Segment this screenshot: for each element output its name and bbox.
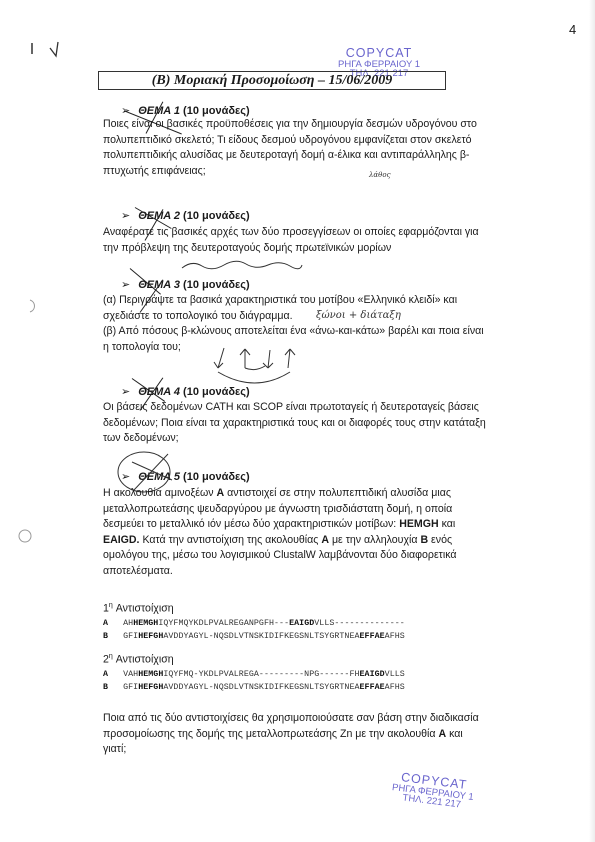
theme-3-heading: ➢ΘΕΜΑ 3 (10 μονάδες) [121,278,250,291]
stamp-name: COPYCAT [338,47,420,60]
theme-2-text: Αναφέρατε τις βασικές αρχές των δύο προσ… [103,225,553,256]
margin-checkmark-icon [28,40,68,62]
alignment-2-label: 2η Αντιστοίχιση [103,653,174,666]
margin-circle-icon [16,527,34,545]
theme-5-text: Η ακολουθία αμινοξέων Α αντιστοιχεί σε σ… [103,486,553,580]
margin-mark-icon [22,298,38,314]
alignment-1-label: 1η Αντιστοίχιση [103,602,174,615]
theme-1-text: Ποιες είναι οι βασικές προϋποθέσεις για … [103,117,553,179]
alignment-2-row-b: B GFIHEFGHAVDDYAGYL-NQSDLVTNSKIDIFKEGSNL… [103,683,405,692]
final-question-text: Ποια από τις δύο αντιστοιχίσεις θα χρησι… [103,711,553,758]
page-number: 4 [569,22,576,37]
handwritten-note: ξώνοι + διάταξη [316,310,401,321]
theme-3-text: (α) Περιγράψτε τα βασικά χαρακτηριστικά … [103,293,553,355]
arrow-bullet-icon: ➢ [121,210,130,222]
theme-4-text: Οι βάσεις δεδομένων CATH και SCOP είναι … [103,400,553,447]
wavy-underline [180,260,305,272]
hand-drawn-topology-arrows-icon [210,346,320,386]
copycat-stamp-bottom: COPYCAT ΡΗΓΑ ΦΕΡΡΑΙΟΥ 1 ΤΗΛ. 221 217 [390,770,475,811]
handwritten-note: λάθος [369,171,391,179]
alignment-1-row-b: B GFIHEFGHAVDDYAGYL-NQSDLVTNSKIDIFKEGSNL… [103,632,405,641]
alignment-2-row-a: A VAHHEMGHIQYFMQ-YKDLPVALREGA---------NP… [103,670,405,679]
theme-1-heading: ➢ΘΕΜΑ 1 (10 μονάδες) [121,104,250,117]
exam-title: (Β) Μοριακή Προσομοίωση – 15/06/2009 [98,71,446,90]
theme-4-heading: ➢ΘΕΜΑ 4 (10 μονάδες) [121,385,250,398]
alignment-1-row-a: A AHHEMGHIQYFMQYKDLPVALREGANPGFH---EAIGD… [103,619,405,628]
page-edge [589,0,595,842]
arrow-bullet-icon: ➢ [121,386,130,398]
arrow-bullet-icon: ➢ [121,279,130,291]
